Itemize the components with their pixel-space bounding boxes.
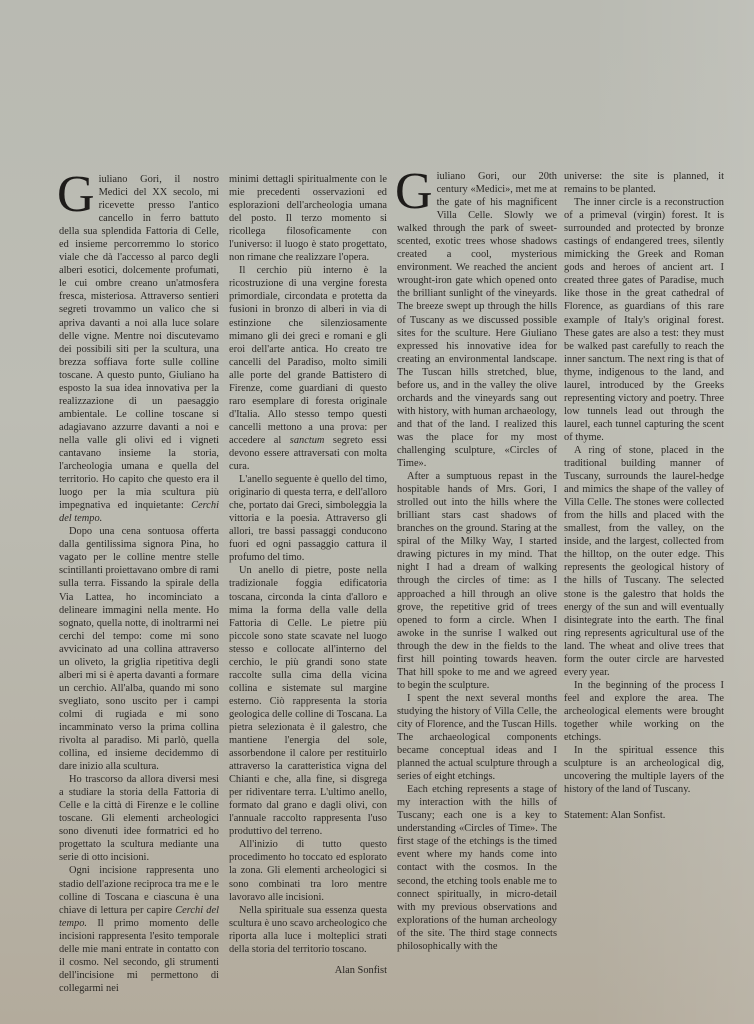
paragraph: universe: the site is planned, it remain…	[564, 170, 724, 196]
paragraph: Giuliano Gori, il nostro Medici del XX s…	[59, 173, 219, 525]
paragraph: Nella spirituale sua essenza questa scul…	[229, 904, 387, 956]
paragraph: Dopo una cena sontuosa offerta dalla gen…	[59, 525, 219, 773]
italic-word: sanctum	[290, 435, 325, 446]
paragraph: I spent the next several months studying…	[397, 692, 557, 783]
paragraph: L'anello seguente è quello del timo, ori…	[229, 473, 387, 564]
paragraph: In the spiritual essence this sculpture …	[564, 744, 724, 796]
english-column-1: Giuliano Gori, our 20th century «Medici»…	[397, 170, 557, 953]
drop-cap: G	[395, 172, 433, 212]
paragraph: Il cerchio più interno è la ricostruzion…	[229, 264, 387, 473]
paragraph: Ho trascorso da allora diversi mesi a st…	[59, 773, 219, 864]
paragraph: Each etching represents a stage of my in…	[397, 783, 557, 953]
paragraph: minimi dettagli spiritualmente con le mi…	[229, 173, 387, 264]
italian-column-1: Giuliano Gori, il nostro Medici del XX s…	[59, 173, 219, 995]
paragraph: All'inizio di tutto questo procedimento …	[229, 838, 387, 903]
paragraph: Giuliano Gori, our 20th century «Medici»…	[397, 170, 557, 470]
paragraph: Ogni incisione rappresenta uno stadio de…	[59, 864, 219, 994]
paragraph: In the beginning of the process I feel a…	[564, 679, 724, 744]
document-page: Giuliano Gori, il nostro Medici del XX s…	[57, 173, 737, 973]
drop-cap: G	[57, 175, 95, 215]
italian-column-2: minimi dettagli spiritualmente con le mi…	[229, 173, 387, 977]
english-column-2: universe: the site is planned, it remain…	[564, 170, 724, 822]
paragraph: The inner circle is a reconstruction of …	[564, 196, 724, 444]
paragraph: Un anello di pietre, poste nella tradizi…	[229, 564, 387, 838]
paragraph: A ring of stone, placed in the tradition…	[564, 444, 724, 679]
statement-signature: Statement: Alan Sonfist.	[564, 809, 724, 822]
signature: Alan Sonfist	[229, 964, 387, 977]
paragraph: After a sumptuous repast in the hospitab…	[397, 470, 557, 692]
